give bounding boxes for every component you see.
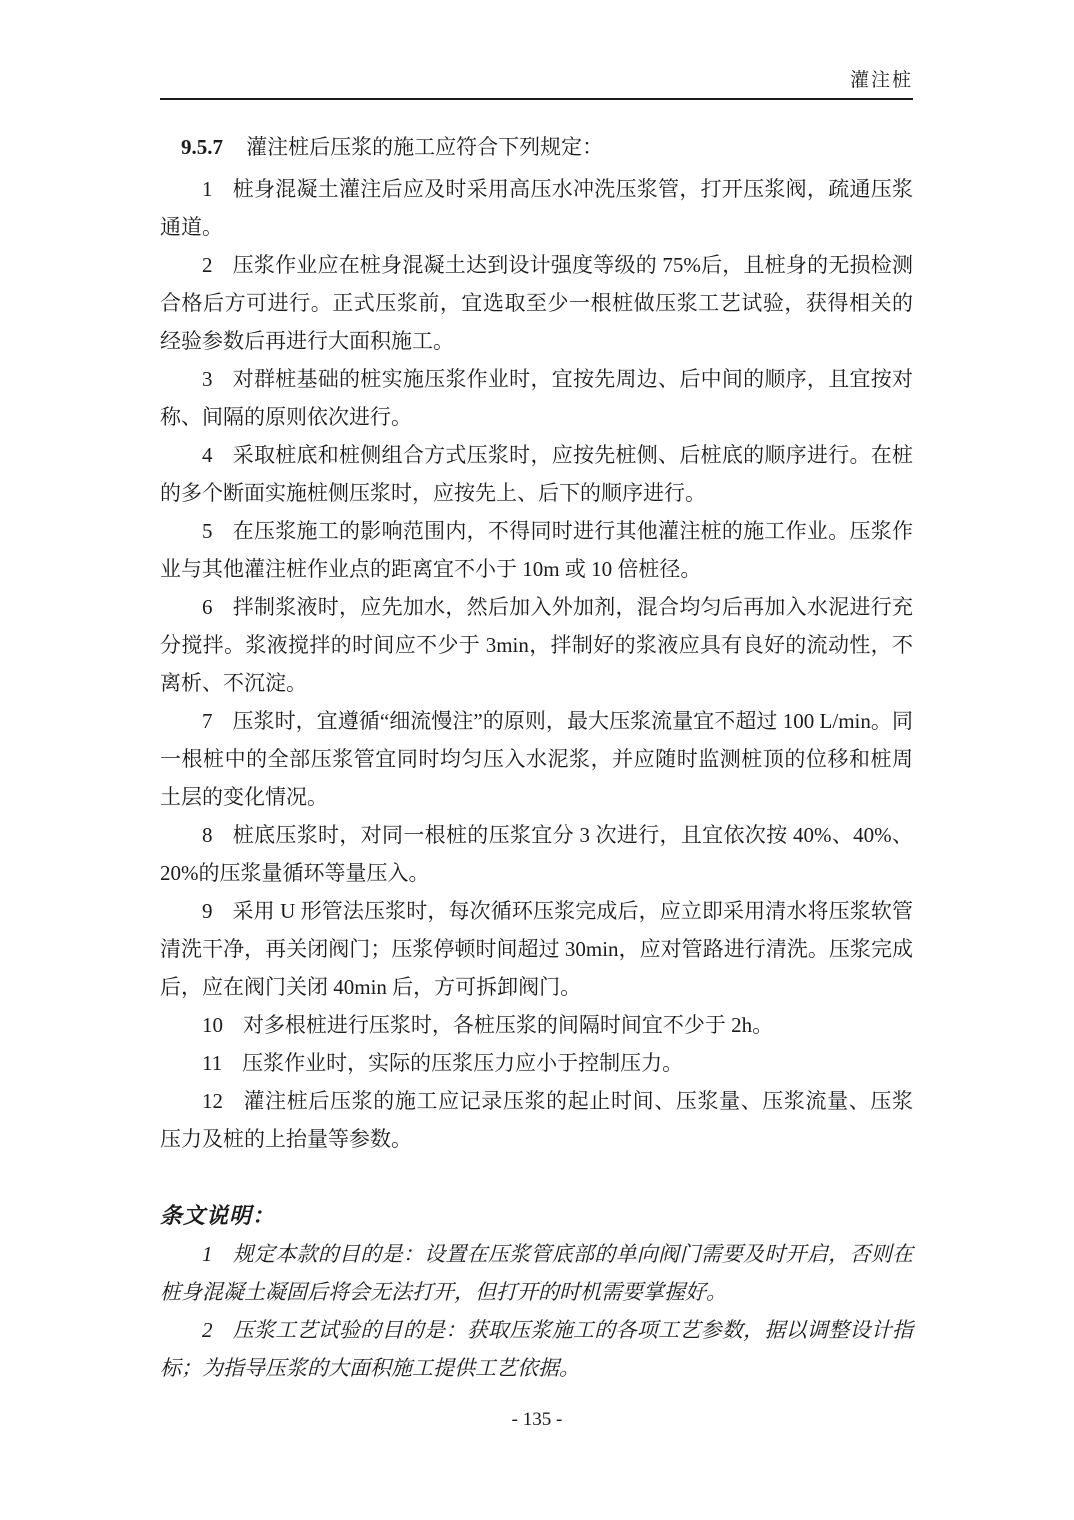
clause-item-9: 9采用 U 形管法压浆时，每次循环压浆完成后，应立即采用清水将压浆软管清洗干净，…: [160, 892, 913, 1006]
item-number: 11: [202, 1051, 222, 1075]
item-text: 桩底压浆时，对同一根桩的压浆宜分 3 次进行，且宜依次按 40%、40%、20%…: [160, 823, 913, 885]
item-number: 5: [202, 519, 213, 543]
clause-item-7: 7压浆时，宜遵循“细流慢注”的原则，最大压浆流量宜不超过 100 L/min。同…: [160, 702, 913, 816]
item-text: 采取桩底和桩侧组合方式压浆时，应按先桩侧、后桩底的顺序进行。在桩的多个断面实施桩…: [160, 443, 913, 505]
clause-item-10: 10对多根桩进行压浆时，各桩压浆的间隔时间宜不少于 2h。: [160, 1006, 913, 1044]
clause-title-text: 灌注桩后压浆的施工应符合下列规定：: [246, 135, 603, 159]
commentary-item-1: 1规定本款的目的是：设置在压浆管底部的单向阀门需要及时开启，否则在桩身混凝土凝固…: [160, 1235, 913, 1311]
clause-item-12: 12灌注桩后压浆的施工应记录压浆的起止时间、压浆量、压浆流量、压浆压力及桩的上抬…: [160, 1082, 913, 1158]
document-page: 灌注桩 9.5.7灌注桩后压浆的施工应符合下列规定： 1桩身混凝土灌注后应及时采…: [0, 0, 1074, 1520]
clause-item-11: 11压浆作业时，实际的压浆压力应小于控制压力。: [160, 1044, 913, 1082]
commentary-heading: 条文说明：: [160, 1197, 913, 1235]
item-number: 3: [202, 367, 213, 391]
item-text: 压浆工艺试验的目的是：获取压浆施工的各项工艺参数，据以调整设计指标；为指导压浆的…: [160, 1318, 913, 1380]
clause-item-2: 2压浆作业应在桩身混凝土达到设计强度等级的 75%后，且桩身的无损检测合格后方可…: [160, 246, 913, 360]
item-text: 在压浆施工的影响范围内，不得同时进行其他灌注桩的施工作业。压浆作业与其他灌注桩作…: [160, 519, 913, 581]
clause-number: 9.5.7: [181, 135, 223, 159]
commentary-item-2: 2压浆工艺试验的目的是：获取压浆施工的各项工艺参数，据以调整设计指标；为指导压浆…: [160, 1311, 913, 1387]
item-number: 9: [202, 899, 213, 923]
item-text: 拌制浆液时，应先加水，然后加入外加剂，混合均匀后再加入水泥进行充分搅拌。浆液搅拌…: [160, 595, 913, 695]
item-text: 规定本款的目的是：设置在压浆管底部的单向阀门需要及时开启，否则在桩身混凝土凝固后…: [160, 1242, 913, 1304]
item-text: 灌注桩后压浆的施工应记录压浆的起止时间、压浆量、压浆流量、压浆压力及桩的上抬量等…: [160, 1089, 913, 1151]
page-header: 灌注桩: [160, 0, 913, 100]
clause-section: 9.5.7灌注桩后压浆的施工应符合下列规定： 1桩身混凝土灌注后应及时采用高压水…: [160, 128, 913, 1387]
item-number: 1: [202, 1242, 213, 1266]
clause-heading: 9.5.7灌注桩后压浆的施工应符合下列规定：: [160, 128, 913, 166]
header-rule: [160, 98, 913, 100]
item-number: 2: [202, 253, 213, 277]
page-number: - 135 -: [512, 1409, 563, 1430]
commentary-section: 条文说明： 1规定本款的目的是：设置在压浆管底部的单向阀门需要及时开启，否则在桩…: [160, 1197, 913, 1387]
item-number: 2: [202, 1318, 213, 1342]
item-text: 压浆作业应在桩身混凝土达到设计强度等级的 75%后，且桩身的无损检测合格后方可进…: [160, 253, 913, 353]
clause-item-6: 6拌制浆液时，应先加水，然后加入外加剂，混合均匀后再加入水泥进行充分搅拌。浆液搅…: [160, 588, 913, 702]
clause-item-8: 8桩底压浆时，对同一根桩的压浆宜分 3 次进行，且宜依次按 40%、40%、20…: [160, 816, 913, 892]
item-text: 对多根桩进行压浆时，各桩压浆的间隔时间宜不少于 2h。: [243, 1013, 773, 1037]
item-number: 8: [202, 823, 213, 847]
item-number: 1: [202, 177, 213, 201]
item-text: 对群桩基础的桩实施压浆作业时，宜按先周边、后中间的顺序，且宜按对称、间隔的原则依…: [160, 367, 913, 429]
running-title: 灌注桩: [160, 68, 913, 94]
item-number: 10: [202, 1013, 223, 1037]
item-number: 6: [202, 595, 213, 619]
clause-item-1: 1桩身混凝土灌注后应及时采用高压水冲洗压浆管，打开压浆阀，疏通压浆通道。: [160, 170, 913, 246]
page-footer: - 135 -: [0, 1408, 1074, 1432]
item-number: 12: [202, 1089, 223, 1113]
item-number: 7: [202, 709, 213, 733]
clause-item-4: 4采取桩底和桩侧组合方式压浆时，应按先桩侧、后桩底的顺序进行。在桩的多个断面实施…: [160, 436, 913, 512]
item-text: 压浆作业时，实际的压浆压力应小于控制压力。: [242, 1051, 683, 1075]
item-text: 采用 U 形管法压浆时，每次循环压浆完成后，应立即采用清水将压浆软管清洗干净，再…: [160, 899, 913, 999]
clause-item-5: 5在压浆施工的影响范围内，不得同时进行其他灌注桩的施工作业。压浆作业与其他灌注桩…: [160, 512, 913, 588]
clause-item-3: 3对群桩基础的桩实施压浆作业时，宜按先周边、后中间的顺序，且宜按对称、间隔的原则…: [160, 360, 913, 436]
item-number: 4: [202, 443, 213, 467]
item-text: 桩身混凝土灌注后应及时采用高压水冲洗压浆管，打开压浆阀，疏通压浆通道。: [160, 177, 913, 239]
item-text: 压浆时，宜遵循“细流慢注”的原则，最大压浆流量宜不超过 100 L/min。同一…: [160, 709, 913, 809]
